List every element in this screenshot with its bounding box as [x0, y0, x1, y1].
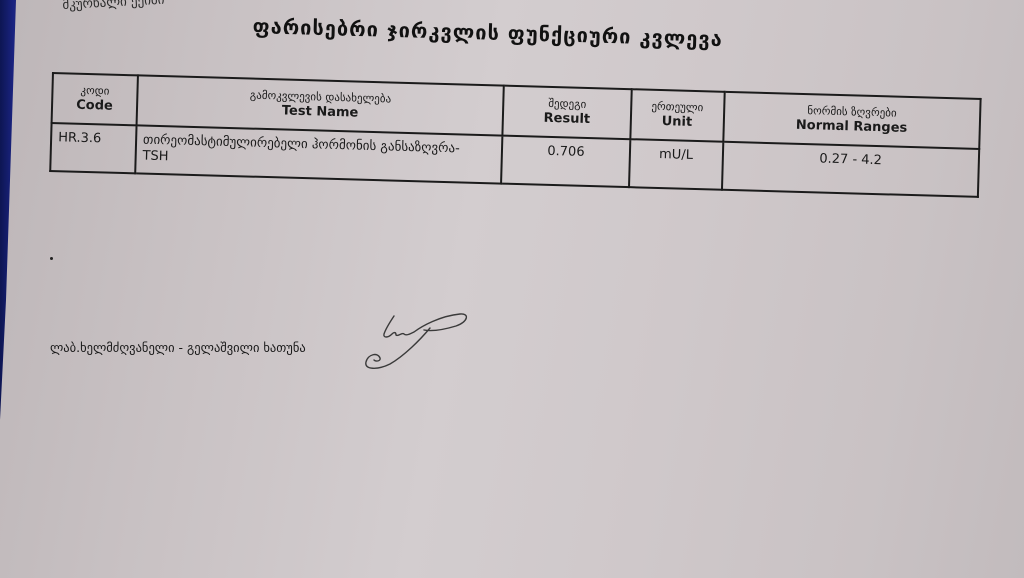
header-code-en: Code [59, 97, 130, 115]
header-result: შედეგი Result [503, 86, 632, 140]
header-unit-en: Unit [637, 113, 716, 131]
header-result-en: Result [510, 110, 624, 129]
header-code: კოდი Code [52, 73, 138, 125]
stray-ink-dot [50, 257, 53, 260]
cell-normal-range: 0.27 - 4.2 [722, 142, 980, 197]
cell-unit: mU/L [629, 139, 723, 190]
signature-icon [360, 308, 480, 374]
header-normal-ranges: ნორმის ზღვრები Normal Ranges [723, 92, 981, 149]
header-unit: ერთეული Unit [630, 89, 724, 142]
cell-code: HR.3.6 [50, 123, 136, 173]
lab-head-signature-line: ლაბ.ხელმძღვანელი - გელაშვილი ხათუნა [50, 340, 306, 355]
cell-result: 0.706 [501, 136, 630, 188]
cell-test-name: თირეომასტიმულირებელი ჰორმონის განსაზღვრა… [135, 125, 503, 183]
